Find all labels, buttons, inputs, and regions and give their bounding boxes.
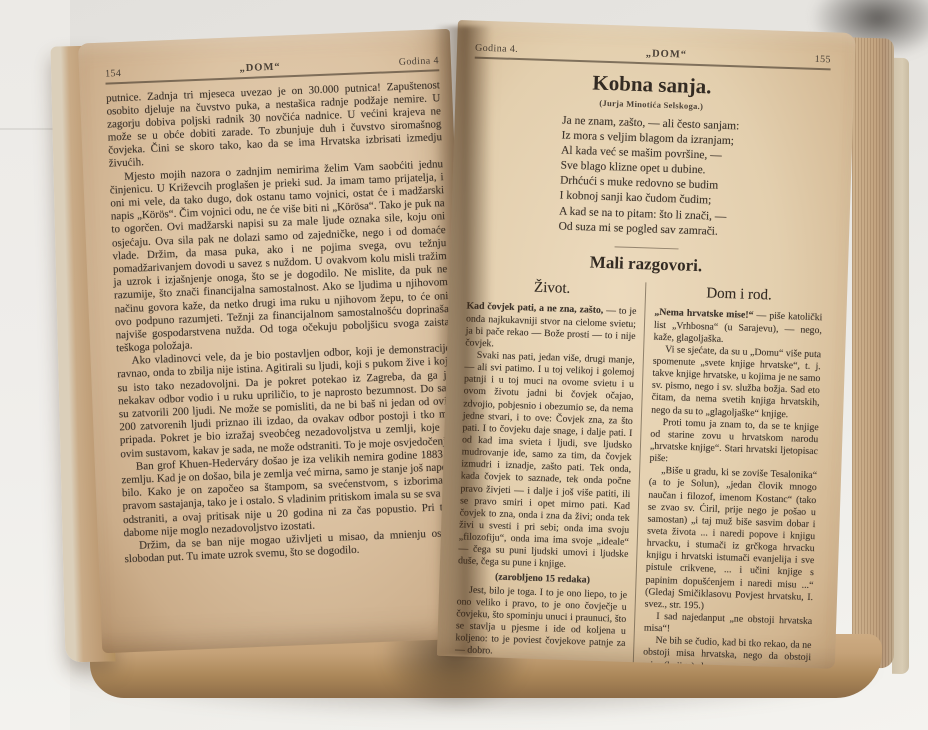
- photo-of-open-book: 154 „DOM“ Godina 4 putnice. Zadnja tri m…: [0, 0, 928, 730]
- paragraph: „Nema hrvatske mise!“ — piše katolički l…: [653, 307, 822, 349]
- paragraph: „Biše u gradu, ki se zoviše Tesalonika“ …: [645, 465, 818, 616]
- column-zivot-heading: Život.: [467, 276, 638, 300]
- poem-body: Ja ne znam, zašto, — ali često sanjam: I…: [558, 113, 739, 240]
- paragraph: Svaki nas pati, jedan više, drugi manje,…: [458, 349, 635, 573]
- left-edition-label: Godina 4: [399, 55, 440, 68]
- column-dom-i-rod: Dom i rod. „Nema hrvatske mise!“ — piše …: [633, 282, 824, 669]
- two-column-section: Život. Kad čovjek pati, a ne zna, zašto,…: [455, 276, 824, 669]
- masthead-right: „DOM“: [646, 48, 688, 60]
- column-zivot: Život. Kad čovjek pati, a ne zna, zašto,…: [455, 276, 646, 669]
- paragraph: Kad čovjek pati, a ne zna, zašto, — to j…: [465, 301, 637, 355]
- left-page: 154 „DOM“ Godina 4 putnice. Zadnja tri m…: [78, 29, 474, 653]
- book-back-cover-edge: [892, 58, 909, 674]
- section-divider-rule: [615, 246, 679, 249]
- left-page-body: putnice. Zadnja tri mjeseca uvezao je on…: [106, 79, 459, 567]
- right-edition-label: Godina 4.: [475, 43, 518, 55]
- column-dom-i-rod-heading: Dom i rod.: [655, 283, 824, 307]
- right-page: Godina 4. „DOM“ 155 Kobna sanja. (Jurja …: [437, 20, 856, 669]
- right-page-number: 155: [814, 54, 831, 66]
- section-title: Mali razgovori.: [468, 248, 824, 280]
- paragraph: Proti tomu ja znam to, da se te knjige o…: [649, 416, 819, 470]
- paragraph: Jest, bilo je toga. I to je ono liepo, t…: [455, 584, 627, 662]
- paragraph: Mjesto mojih nazora o zadnjim nemirima ž…: [109, 158, 450, 356]
- paragraph: Vi se sjećate, da su u „Domu“ više puta …: [651, 344, 821, 422]
- left-page-number: 154: [105, 68, 122, 80]
- paragraph: putnice. Zadnja tri mjeseca uvezao je on…: [106, 79, 443, 171]
- paragraph: Ako vladinovci vele, da je bio postavlje…: [116, 342, 454, 461]
- book-page-edges-right: [852, 37, 894, 668]
- masthead-left: „DOM“: [239, 62, 281, 75]
- paragraph: Ban grof Khuen-Hederváry došao je iza ve…: [121, 448, 458, 540]
